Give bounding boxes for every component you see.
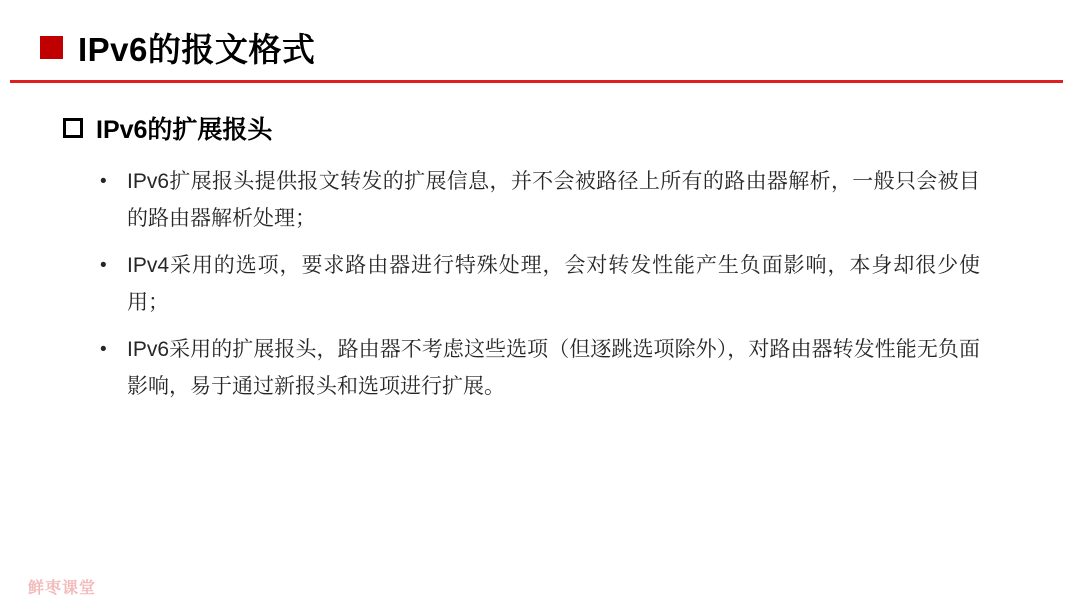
bullet-dot-icon: • [100, 163, 127, 200]
bullet-text: IPv6采用的扩展报头，路由器不考虑这些选项（但逐跳选项除外），对路由器转发性能… [127, 331, 980, 405]
hollow-square-bullet-icon [63, 118, 83, 138]
bullet-dot-icon: • [100, 247, 127, 284]
section-heading-row: IPv6的扩展报头 [63, 110, 272, 146]
presentation-slide: IPv6的报文格式 IPv6的扩展报头 • IPv6扩展报头提供报文转发的扩展信… [0, 0, 1080, 608]
list-item: • IPv6采用的扩展报头，路由器不考虑这些选项（但逐跳选项除外），对路由器转发… [100, 331, 980, 405]
red-square-bullet-icon [40, 36, 63, 59]
bullet-dot-icon: • [100, 331, 127, 368]
list-item: • IPv4采用的选项，要求路由器进行特殊处理，会对转发性能产生负面影响，本身却… [100, 247, 980, 321]
title-divider-line [10, 80, 1063, 83]
bullet-text: IPv6扩展报头提供报文转发的扩展信息，并不会被路径上所有的路由器解析，一般只会… [127, 163, 980, 237]
slide-title: IPv6的报文格式 [78, 24, 315, 71]
bullet-text: IPv4采用的选项，要求路由器进行特殊处理，会对转发性能产生负面影响，本身却很少… [127, 247, 980, 321]
list-item: • IPv6扩展报头提供报文转发的扩展信息，并不会被路径上所有的路由器解析，一般… [100, 163, 980, 237]
section-heading: IPv6的扩展报头 [96, 110, 272, 146]
bullet-list: • IPv6扩展报头提供报文转发的扩展信息，并不会被路径上所有的路由器解析，一般… [100, 163, 980, 415]
watermark-brand: 鲜枣课堂 [28, 575, 96, 598]
slide-title-row: IPv6的报文格式 [40, 24, 315, 71]
